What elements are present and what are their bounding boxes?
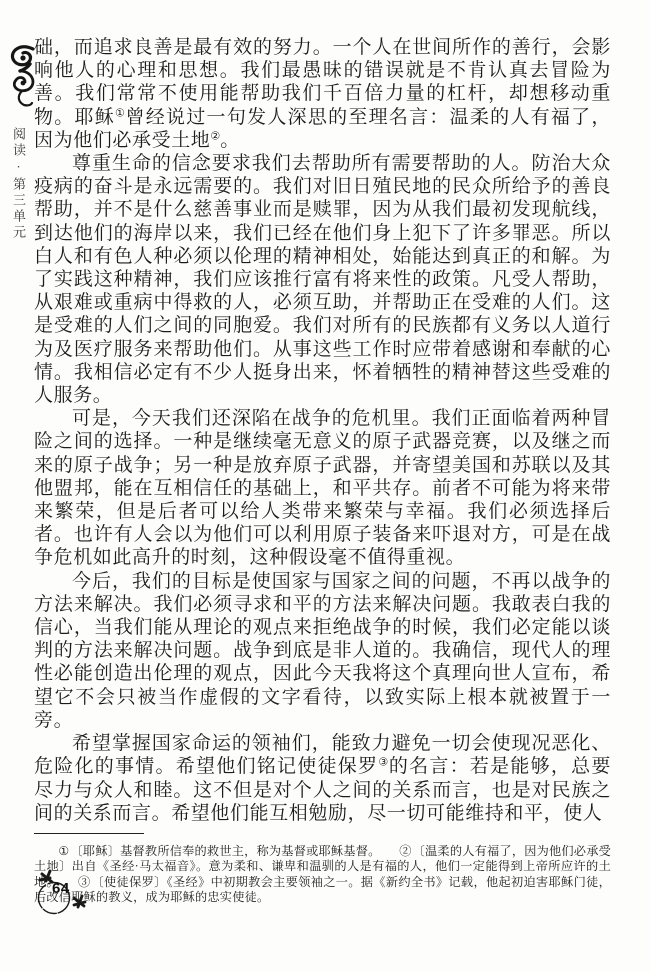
footnote-ref: ③ [378, 757, 389, 769]
footnote-separator [34, 833, 144, 834]
footnotes-text: ①〔耶稣〕基督教所信奉的救世主，称为基督或耶稣基督。 ②〔温柔的人有福了，因为他… [34, 844, 611, 906]
body-paragraph: 础，而追求良善是最有效的努力。一个人在世间所作的善行，会影响他人的心理和思想。我… [34, 36, 611, 152]
body-paragraph: 希望掌握国家命运的领袖们，能致力避免一切会使现况恶化、危险化的事情。希望他们铭记… [34, 732, 611, 825]
footnote-ref: ① [115, 107, 126, 119]
sidebar-unit-label: 阅读·第三单元 [9, 127, 28, 241]
page-number: 64 [52, 880, 70, 897]
body-paragraph: 可是，今天我们还深陷在战争的危机里。我们正面临着两种冒险之间的选择。一种是继续毫… [34, 407, 611, 569]
footnote-ref: ② [210, 130, 220, 142]
body-paragraph: 今后，我们的目标是使国家与国家之间的问题，不再以战争的方法来解决。我们必须寻求和… [34, 570, 611, 732]
footnote-marker: ① [58, 844, 70, 858]
page-number-ornament: 64 [28, 864, 94, 924]
footnote-marker: ② [399, 844, 412, 858]
body-paragraph: 尊重生命的信念要求我们去帮助所有需要帮助的人。防治大众疫病的奋斗是永远需要的。我… [34, 152, 611, 407]
textbook-page: 阅读·第三单元 础，而追求良善是最有效的努力。一个人在世间所作的善行，会影响他人… [0, 0, 650, 972]
article-body: 础，而追求良善是最有效的努力。一个人在世间所作的善行，会影响他人的心理和思想。我… [34, 36, 611, 906]
